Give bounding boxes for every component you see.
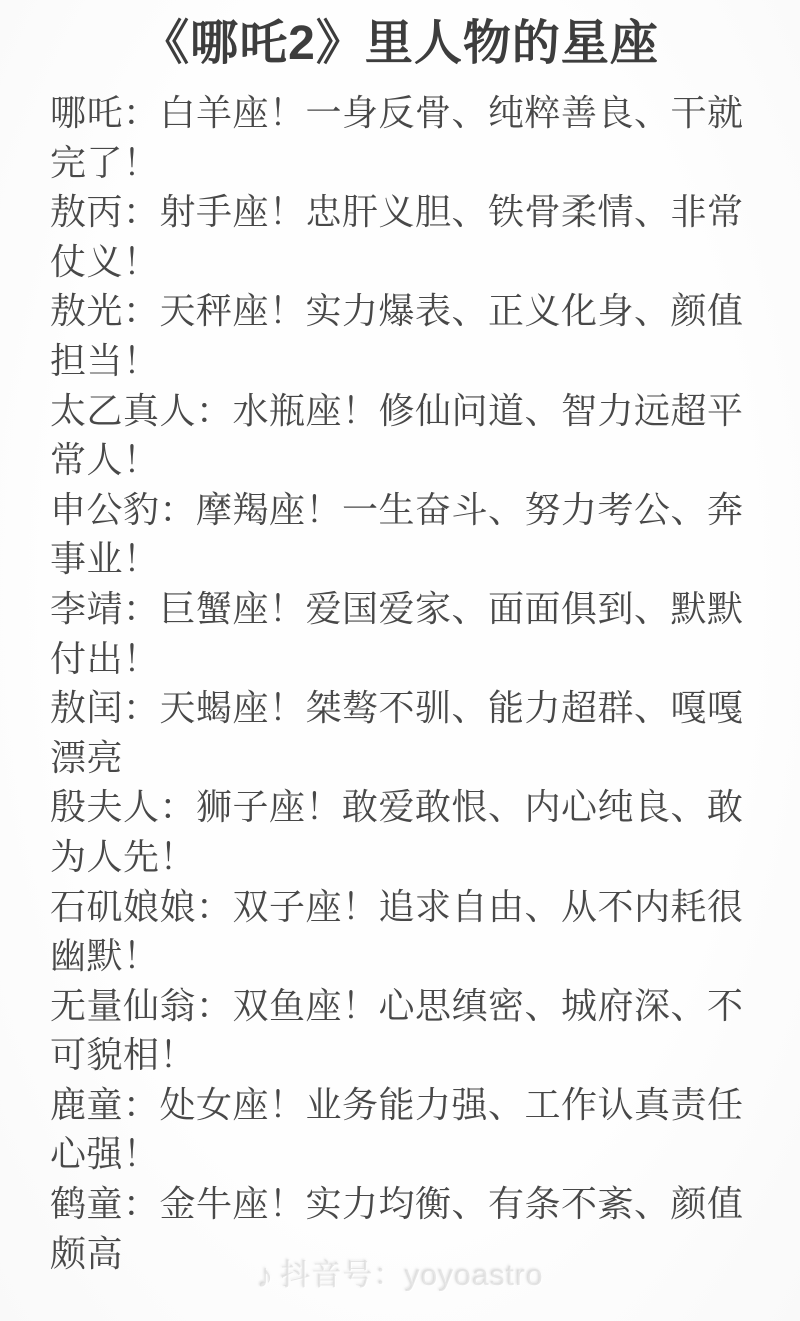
entry-aobing: 敖丙：射手座！忠肝义胆、铁骨柔情、非常 仗义！ [50,187,752,286]
zodiac-post-page: 《哪吒2》里人物的星座 哪吒：白羊座！一身反骨、纯粹善良、干就 完了！ 敖丙：射… [0,0,800,1321]
entry-yinfuren: 殷夫人：狮子座！敢爱敢恨、内心纯良、敢 为人先！ [50,782,752,881]
entry-line: 完了！ [50,138,752,188]
entry-line: 申公豹：摩羯座！一生奋斗、努力考公、奔 [50,485,752,535]
entry-line: 哪吒：白羊座！一身反骨、纯粹善良、干就 [50,88,752,138]
entry-line: 为人先！ [50,832,752,882]
entry-line: 太乙真人：水瓶座！修仙问道、智力远超平 [50,386,752,436]
entry-aoguang: 敖光：天秤座！实力爆表、正义化身、颜值 担当！ [50,286,752,385]
watermark: ♪抖音号：yoyoastro [0,1254,800,1296]
zodiac-list: 哪吒：白羊座！一身反骨、纯粹善良、干就 完了！ 敖丙：射手座！忠肝义胆、铁骨柔情… [0,88,800,1278]
entry-shengongbao: 申公豹：摩羯座！一生奋斗、努力考公、奔 事业！ [50,485,752,584]
entry-lijing: 李靖：巨蟹座！爱国爱家、面面俱到、默默 付出！ [50,584,752,683]
entry-line: 鹿童：处女座！业务能力强、工作认真责任 [50,1080,752,1130]
entry-line: 心强！ [50,1129,752,1179]
entry-lutong: 鹿童：处女座！业务能力强、工作认真责任 心强！ [50,1080,752,1179]
entry-line: 李靖：巨蟹座！爱国爱家、面面俱到、默默 [50,584,752,634]
entry-line: 无量仙翁：双鱼座！心思缜密、城府深、不 [50,981,752,1031]
entry-line: 担当！ [50,336,752,386]
watermark-label: 抖音号：yoyoastro [280,1259,543,1292]
entry-nezha: 哪吒：白羊座！一身反骨、纯粹善良、干就 完了！ [50,88,752,187]
entry-line: 敖丙：射手座！忠肝义胆、铁骨柔情、非常 [50,187,752,237]
entry-line: 可貌相！ [50,1030,752,1080]
entry-line: 仗义！ [50,237,752,287]
entry-line: 殷夫人：狮子座！敢爱敢恨、内心纯良、敢 [50,782,752,832]
entry-line: 鹤童：金牛座！实力均衡、有条不紊、颜值 [50,1179,752,1229]
entry-line: 漂亮 [50,733,752,783]
entry-line: 敖光：天秤座！实力爆表、正义化身、颜值 [50,286,752,336]
entry-taiyizhenren: 太乙真人：水瓶座！修仙问道、智力远超平 常人！ [50,386,752,485]
entry-aorun: 敖闰：天蝎座！桀骜不驯、能力超群、嘎嘎 漂亮 [50,683,752,782]
entry-line: 付出！ [50,634,752,684]
page-title: 《哪吒2》里人物的星座 [0,0,800,72]
entry-line: 常人！ [50,435,752,485]
douyin-note-icon: ♪ [256,1256,274,1296]
entry-shijiniangniang: 石矶娘娘：双子座！追求自由、从不内耗很 幽默！ [50,882,752,981]
entry-line: 敖闰：天蝎座！桀骜不驯、能力超群、嘎嘎 [50,683,752,733]
entry-line: 石矶娘娘：双子座！追求自由、从不内耗很 [50,882,752,932]
entry-line: 事业！ [50,534,752,584]
entry-line: 幽默！ [50,931,752,981]
entry-wuliangxianweng: 无量仙翁：双鱼座！心思缜密、城府深、不 可貌相！ [50,981,752,1080]
